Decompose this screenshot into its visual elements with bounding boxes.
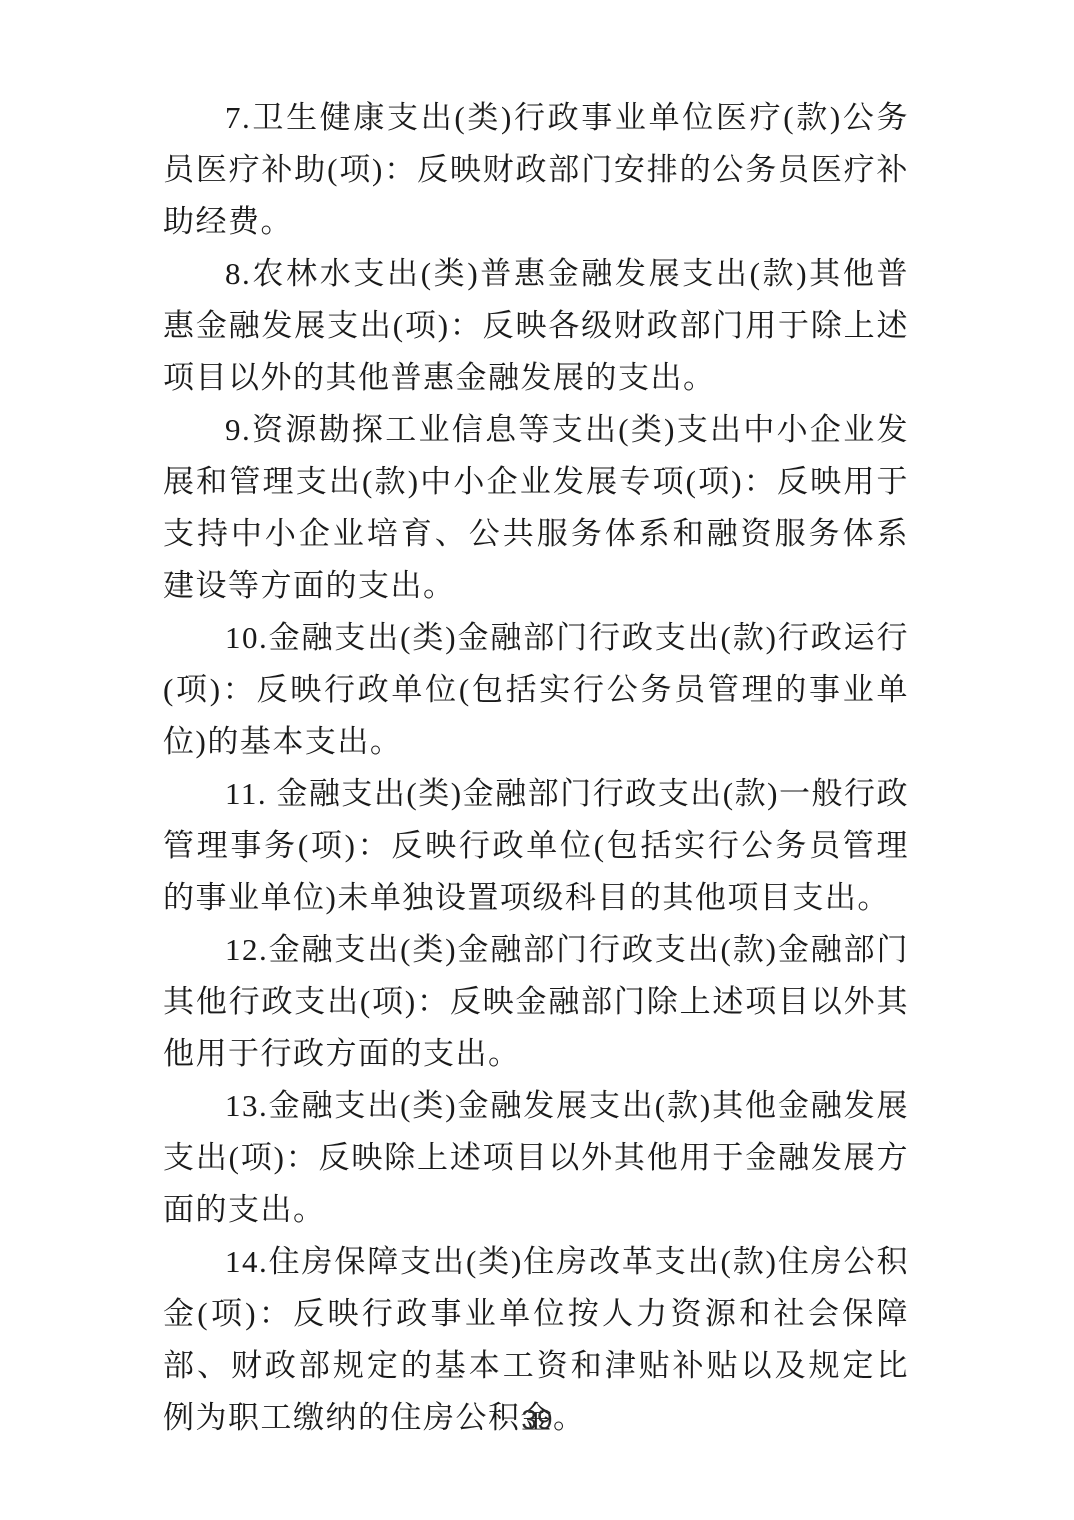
document-body: 7.卫生健康支出(类)行政事业单位医疗(款)公务员医疗补助(项)：反映财政部门安… <box>163 92 909 1444</box>
document-page: 7.卫生健康支出(类)行政事业单位医疗(款)公务员医疗补助(项)：反映财政部门安… <box>0 0 1074 1520</box>
page-number: 39 <box>0 1404 1074 1436</box>
paragraph-item-9: 9.资源勘探工业信息等支出(类)支出中小企业发展和管理支出(款)中小企业发展专项… <box>163 404 909 612</box>
paragraph-item-7: 7.卫生健康支出(类)行政事业单位医疗(款)公务员医疗补助(项)：反映财政部门安… <box>163 92 909 248</box>
paragraph-item-12: 12.金融支出(类)金融部门行政支出(款)金融部门其他行政支出(项)：反映金融部… <box>163 924 909 1080</box>
paragraph-item-13: 13.金融支出(类)金融发展支出(款)其他金融发展支出(项)：反映除上述项目以外… <box>163 1080 909 1236</box>
paragraph-item-8: 8.农林水支出(类)普惠金融发展支出(款)其他普惠金融发展支出(项)：反映各级财… <box>163 248 909 404</box>
paragraph-item-11: 11. 金融支出(类)金融部门行政支出(款)一般行政管理事务(项)：反映行政单位… <box>163 768 909 924</box>
paragraph-item-10: 10.金融支出(类)金融部门行政支出(款)行政运行(项)：反映行政单位(包括实行… <box>163 612 909 768</box>
